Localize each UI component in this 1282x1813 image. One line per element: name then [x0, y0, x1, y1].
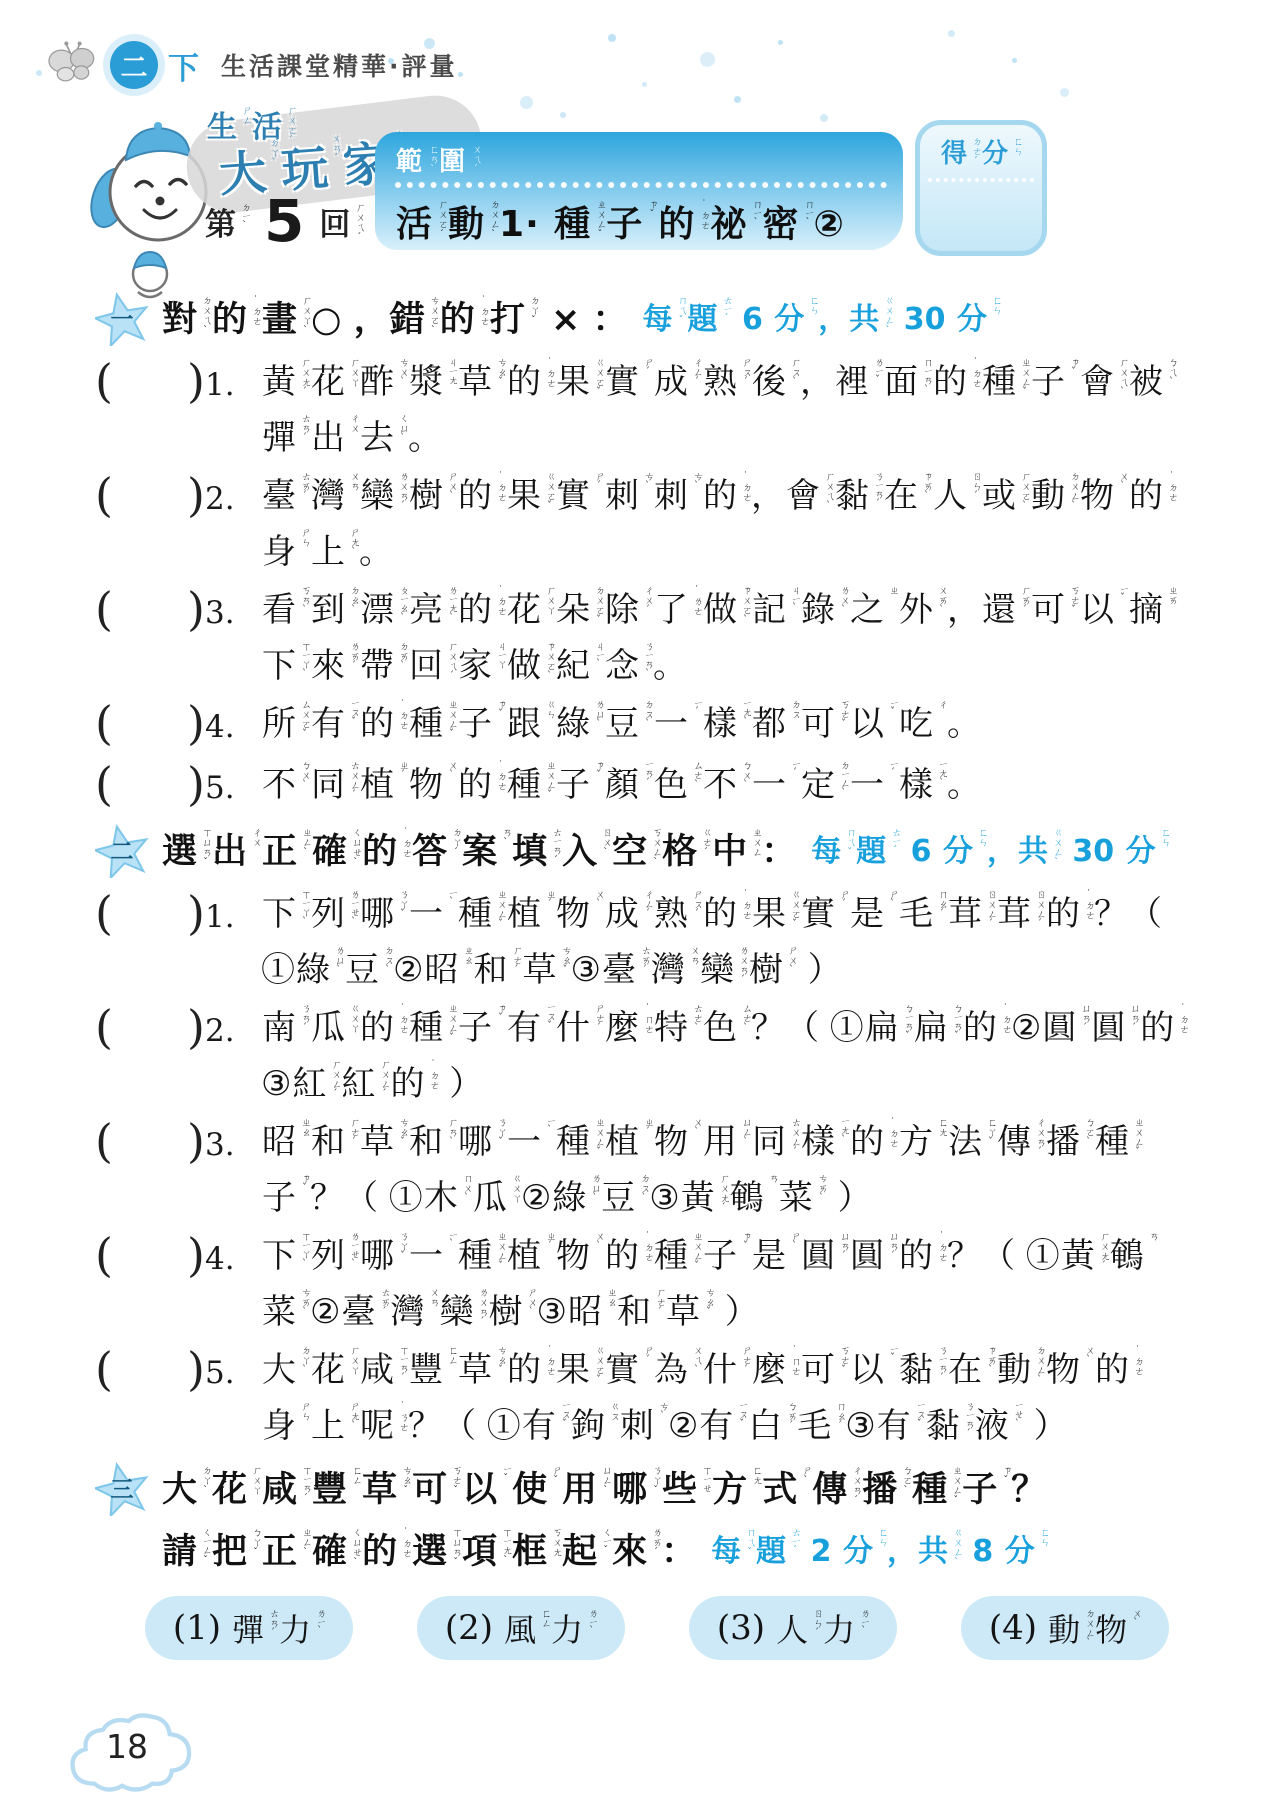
- question-text: 大ㄉㄚˋ花ㄏㄨㄚ咸ㄒㄧㄢˊ豐ㄈㄥ草ㄘㄠˇ的˙ㄉㄜ果ㄍㄨㄛˇ實ㄕˊ為ㄨㄟˋ什ㄕㄜˊ…: [261, 1342, 1190, 1454]
- question-number: 1.: [205, 354, 261, 413]
- section-2-heading: 二 選ㄒㄩㄢˇ出ㄔㄨ正ㄓㄥˋ確ㄑㄩㄝˋ的˙ㄉㄜ答ㄉㄚˊ案ㄢˋ填ㄊㄧㄢˊ入ㄖㄨˋ空…: [95, 824, 1190, 880]
- question-row: () 2. 臺ㄊㄞˊ灣ㄨㄢ欒ㄌㄨㄢˊ樹ㄕㄨˋ的˙ㄉㄜ果ㄍㄨㄛˇ實ㄕˊ刺ㄘˋ刺ㄘˋ…: [95, 468, 1190, 580]
- section-2: 二 選ㄒㄩㄢˇ出ㄔㄨ正ㄓㄥˋ確ㄑㄩㄝˋ的˙ㄉㄜ答ㄉㄚˊ案ㄢˋ填ㄊㄧㄢˊ入ㄖㄨˋ空…: [95, 824, 1190, 1454]
- grade-suffix: 下: [168, 43, 199, 88]
- question-row: () 3. 昭ㄓㄠ和ㄏㄜˊ草ㄘㄠˇ和ㄏㄢˋ哪ㄋㄚˇ一ㄧˋ種ㄓㄨㄥˇ植ㄓˊ物ㄨˋ用…: [95, 1114, 1190, 1226]
- score-dotted-line: [928, 178, 1034, 182]
- option-label: (4): [989, 1608, 1037, 1648]
- section-title: 大ㄉㄚˋ花ㄏㄨㄚ咸ㄒㄧㄢˊ豐ㄈㄥ草ㄘㄠˇ可ㄎㄜˇ以ㄧˇ使ㄕˇ用ㄩㄥˋ哪ㄋㄚˇ些ㄒ…: [161, 1462, 1046, 1518]
- page-number: 18: [62, 1708, 192, 1784]
- option-text: 人ㄖㄣˊ力ㄌㄧˋ: [775, 1605, 869, 1651]
- section-title-line2: 請ㄑㄧㄥˇ把ㄅㄚˇ正ㄓㄥˋ確ㄑㄩㄝˋ的˙ㄉㄜ選ㄒㄩㄢˇ項ㄒㄧㄤˋ框ㄎㄨㄤ起ㄑㄧˇ…: [161, 1524, 696, 1580]
- section-score-note: 每ㄇㄟˇ題ㄊㄧˊ 2 分ㄈㄣ，共ㄍㄨㄥˋ 8 分ㄈㄣ: [710, 1524, 1049, 1580]
- question-text: 南ㄋㄢˊ瓜ㄍㄨㄚ的˙ㄉㄜ種ㄓㄨㄥˇ子ㄗˇ有ㄧㄡˇ什ㄕㄜˊ麼˙ㄇㄜ特ㄊㄜˋ色ㄙㄜˋ…: [261, 1000, 1190, 1112]
- question-number: 2.: [205, 468, 261, 527]
- answer-blank[interactable]: (): [95, 582, 205, 636]
- worksheet-body: 一 對ㄉㄨㄟˋ的˙ㄉㄜ畫ㄏㄨㄚˋ○ ，錯ㄘㄨㄛˋ的˙ㄉㄜ打ㄉㄚˇ × ： 每ㄇㄟ…: [95, 292, 1190, 1668]
- answer-blank[interactable]: (): [95, 468, 205, 522]
- score-label: 得ㄉㄜˊ分ㄈㄣ: [920, 133, 1042, 170]
- butterfly-icon: [44, 40, 102, 90]
- option-label: (2): [445, 1608, 493, 1648]
- question-row: () 3. 看ㄎㄢˋ到ㄉㄠˋ漂ㄆㄧㄠˋ亮ㄌㄧㄤˋ的˙ㄉㄜ花ㄏㄨㄚ朵ㄉㄨㄛˇ除ㄔㄨ…: [95, 582, 1190, 694]
- score-box[interactable]: 得ㄉㄜˊ分ㄈㄣ: [915, 120, 1047, 256]
- question-text: 下ㄒㄧㄚˋ列ㄌㄧㄝˋ哪ㄋㄚˇ一ㄧˋ種ㄓㄨㄥˇ植ㄓˊ物ㄨˋ的˙ㄉㄜ種ㄓㄨㄥˇ子ㄗˇ…: [261, 1228, 1190, 1340]
- question-number: 2.: [205, 1000, 261, 1059]
- option-text: 彈ㄊㄢˊ力ㄌㄧˋ: [231, 1605, 325, 1651]
- question-number: 5.: [205, 1342, 261, 1401]
- option-label: (1): [173, 1608, 221, 1648]
- section-numeral: 二: [95, 824, 149, 874]
- section-title: 對ㄉㄨㄟˋ的˙ㄉㄜ畫ㄏㄨㄚˋ○ ，錯ㄘㄨㄛˋ的˙ㄉㄜ打ㄉㄚˇ × ：: [161, 292, 628, 348]
- answer-blank[interactable]: (): [95, 1228, 205, 1282]
- series-title: 生活課堂精華·評量: [221, 47, 458, 83]
- answer-blank[interactable]: (): [95, 1000, 205, 1054]
- answer-blank[interactable]: (): [95, 1342, 205, 1396]
- round-line: 第ㄉㄧˋ 5 回ㄏㄨㄟˊ: [204, 192, 364, 250]
- brand-bar: 二 下 生活課堂精華·評量: [44, 40, 458, 90]
- option-pill-1[interactable]: (1) 彈ㄊㄢˊ力ㄌㄧˋ: [145, 1596, 353, 1660]
- section-star-badge: 三: [95, 1462, 149, 1516]
- question-number: 1.: [205, 886, 261, 945]
- option-pill-2[interactable]: (2) 風ㄈㄥ力ㄌㄧˋ: [417, 1596, 625, 1660]
- question-number: 3.: [205, 1114, 261, 1173]
- section-1: 一 對ㄉㄨㄟˋ的˙ㄉㄜ畫ㄏㄨㄚˋ○ ，錯ㄘㄨㄛˋ的˙ㄉㄜ打ㄉㄚˇ × ： 每ㄇㄟ…: [95, 292, 1190, 816]
- question-text: 不ㄅㄨˋ同ㄊㄨㄥˊ植ㄓˊ物ㄨˋ的˙ㄉㄜ種ㄓㄨㄥˇ子ㄗˇ顏ㄧㄢˊ色ㄙㄜˋ不ㄅㄨˋ一…: [261, 757, 1190, 813]
- answer-blank[interactable]: (): [95, 886, 205, 940]
- question-text: 黃ㄏㄨㄤˊ花ㄏㄨㄚ酢ㄘㄨˋ漿ㄐㄧㄤ草ㄘㄠˇ的˙ㄉㄜ果ㄍㄨㄛˇ實ㄕˊ成ㄔㄥˊ熟ㄕㄡ…: [261, 354, 1190, 466]
- question-number: 3.: [205, 582, 261, 641]
- answer-blank[interactable]: (): [95, 354, 205, 408]
- question-text: 下ㄒㄧㄚˋ列ㄌㄧㄝˋ哪ㄋㄚˇ一ㄧˋ種ㄓㄨㄥˇ植ㄓˊ物ㄨˋ成ㄔㄥˊ熟ㄕㄡˊ的˙ㄉㄜ…: [261, 886, 1190, 998]
- question-number: 5.: [205, 757, 261, 816]
- option-text: 風ㄈㄥ力ㄌㄧˋ: [503, 1605, 597, 1651]
- question-row: () 4. 下ㄒㄧㄚˋ列ㄌㄧㄝˋ哪ㄋㄚˇ一ㄧˋ種ㄓㄨㄥˇ植ㄓˊ物ㄨˋ的˙ㄉㄜ種ㄓ…: [95, 1228, 1190, 1340]
- scope-dotted-line: [395, 182, 887, 188]
- scope-label: 範ㄈㄢˋ圍ㄨㄟˊ: [395, 141, 887, 178]
- activity-title: 活ㄏㄨㄛˊ動ㄉㄨㄥˋ1· 種ㄓㄨㄥˇ子ㄗˇ的˙ㄉㄜ祕ㄇㄧˋ密ㄇㄧˋ②: [395, 196, 887, 247]
- question-row: () 2. 南ㄋㄢˊ瓜ㄍㄨㄚ的˙ㄉㄜ種ㄓㄨㄥˇ子ㄗˇ有ㄧㄡˇ什ㄕㄜˊ麼˙ㄇㄜ特ㄊ…: [95, 1000, 1190, 1112]
- question-row: () 5. 大ㄉㄚˋ花ㄏㄨㄚ咸ㄒㄧㄢˊ豐ㄈㄥ草ㄘㄠˇ的˙ㄉㄜ果ㄍㄨㄛˇ實ㄕˊ為ㄨ…: [95, 1342, 1190, 1454]
- section-score-note: 每ㄇㄟˇ題ㄊㄧˊ 6 分ㄈㄣ，共ㄍㄨㄥˋ 30 分ㄈㄣ: [810, 824, 1169, 880]
- worksheet-header: 生ㄕㄥ活ㄏㄨㄛˊ 大ㄉㄚˋ玩ㄨㄢˊ家ㄐㄧㄚ 第ㄉㄧˋ 5 回ㄏㄨㄟˊ 範ㄈㄢˋ圍…: [92, 106, 1072, 296]
- options-row: (1) 彈ㄊㄢˊ力ㄌㄧˋ (2) 風ㄈㄥ力ㄌㄧˋ (3) 人ㄖㄣˊ力ㄌㄧˋ (4…: [145, 1596, 1190, 1660]
- question-text: 所ㄙㄨㄛˇ有ㄧㄡˇ的˙ㄉㄜ種ㄓㄨㄥˇ子ㄗˇ跟ㄍㄣ綠ㄌㄩˋ豆ㄉㄡˋ一ㄧˊ樣ㄧㄤˋ都…: [261, 696, 1190, 752]
- section-3: 三 大ㄉㄚˋ花ㄏㄨㄚ咸ㄒㄧㄢˊ豐ㄈㄥ草ㄘㄠˇ可ㄎㄜˇ以ㄧˇ使ㄕˇ用ㄩㄥˋ哪ㄋㄚˇ…: [95, 1462, 1190, 1660]
- question-number: 4.: [205, 696, 261, 755]
- section-1-heading: 一 對ㄉㄨㄟˋ的˙ㄉㄜ畫ㄏㄨㄚˋ○ ，錯ㄘㄨㄛˋ的˙ㄉㄜ打ㄉㄚˇ × ： 每ㄇㄟ…: [95, 292, 1190, 348]
- section-3-heading-line2: 請ㄑㄧㄥˇ把ㄅㄚˇ正ㄓㄥˋ確ㄑㄩㄝˋ的˙ㄉㄜ選ㄒㄩㄢˇ項ㄒㄧㄤˋ框ㄎㄨㄤ起ㄑㄧˇ…: [161, 1524, 1190, 1580]
- grade-badge: 二: [110, 41, 158, 89]
- answer-blank[interactable]: (): [95, 1114, 205, 1168]
- round-suffix: 回ㄏㄨㄟˊ: [318, 199, 364, 250]
- section-3-heading: 三 大ㄉㄚˋ花ㄏㄨㄚ咸ㄒㄧㄢˊ豐ㄈㄥ草ㄘㄠˇ可ㄎㄜˇ以ㄧˇ使ㄕˇ用ㄩㄥˋ哪ㄋㄚˇ…: [95, 1462, 1190, 1518]
- question-text: 昭ㄓㄠ和ㄏㄜˊ草ㄘㄠˇ和ㄏㄢˋ哪ㄋㄚˇ一ㄧˋ種ㄓㄨㄥˇ植ㄓˊ物ㄨˋ用ㄩㄥˋ同ㄊㄨ…: [261, 1114, 1190, 1226]
- page-number-cloud: 18: [62, 1708, 202, 1800]
- section-score-note: 每ㄇㄟˇ題ㄊㄧˊ 6 分ㄈㄣ，共ㄍㄨㄥˋ 30 分ㄈㄣ: [642, 292, 1001, 348]
- option-label: (3): [717, 1608, 765, 1648]
- answer-blank[interactable]: (): [95, 757, 205, 811]
- round-prefix: 第ㄉㄧˋ: [204, 199, 250, 250]
- option-text: 動ㄉㄨㄥˋ物ㄨˋ: [1047, 1605, 1141, 1651]
- section-star-badge: 二: [95, 824, 149, 878]
- question-number: 4.: [205, 1228, 261, 1287]
- section-title: 選ㄒㄩㄢˇ出ㄔㄨ正ㄓㄥˋ確ㄑㄩㄝˋ的˙ㄉㄜ答ㄉㄚˊ案ㄢˋ填ㄊㄧㄢˊ入ㄖㄨˋ空ㄎㄨ…: [161, 824, 796, 880]
- option-pill-3[interactable]: (3) 人ㄖㄣˊ力ㄌㄧˋ: [689, 1596, 897, 1660]
- question-row: () 5. 不ㄅㄨˋ同ㄊㄨㄥˊ植ㄓˊ物ㄨˋ的˙ㄉㄜ種ㄓㄨㄥˇ子ㄗˇ顏ㄧㄢˊ色ㄙㄜ…: [95, 757, 1190, 816]
- scope-banner: 範ㄈㄢˋ圍ㄨㄟˊ 活ㄏㄨㄛˊ動ㄉㄨㄥˋ1· 種ㄓㄨㄥˇ子ㄗˇ的˙ㄉㄜ祕ㄇㄧˋ密ㄇ…: [375, 132, 903, 250]
- question-text: 臺ㄊㄞˊ灣ㄨㄢ欒ㄌㄨㄢˊ樹ㄕㄨˋ的˙ㄉㄜ果ㄍㄨㄛˇ實ㄕˊ刺ㄘˋ刺ㄘˋ的˙ㄉㄜ，會…: [261, 468, 1190, 580]
- question-row: () 1. 下ㄒㄧㄚˋ列ㄌㄧㄝˋ哪ㄋㄚˇ一ㄧˋ種ㄓㄨㄥˇ植ㄓˊ物ㄨˋ成ㄔㄥˊ熟ㄕ…: [95, 886, 1190, 998]
- round-number: 5: [264, 192, 304, 250]
- question-row: () 1. 黃ㄏㄨㄤˊ花ㄏㄨㄚ酢ㄘㄨˋ漿ㄐㄧㄤ草ㄘㄠˇ的˙ㄉㄜ果ㄍㄨㄛˇ實ㄕˊ成…: [95, 354, 1190, 466]
- option-pill-4[interactable]: (4) 動ㄉㄨㄥˋ物ㄨˋ: [961, 1596, 1169, 1660]
- question-text: 看ㄎㄢˋ到ㄉㄠˋ漂ㄆㄧㄠˋ亮ㄌㄧㄤˋ的˙ㄉㄜ花ㄏㄨㄚ朵ㄉㄨㄛˇ除ㄔㄨˊ了˙ㄌㄜ做…: [261, 582, 1190, 694]
- section-numeral: 三: [95, 1462, 149, 1512]
- answer-blank[interactable]: (): [95, 696, 205, 750]
- question-row: () 4. 所ㄙㄨㄛˇ有ㄧㄡˇ的˙ㄉㄜ種ㄓㄨㄥˇ子ㄗˇ跟ㄍㄣ綠ㄌㄩˋ豆ㄉㄡˋ一ㄧ…: [95, 696, 1190, 755]
